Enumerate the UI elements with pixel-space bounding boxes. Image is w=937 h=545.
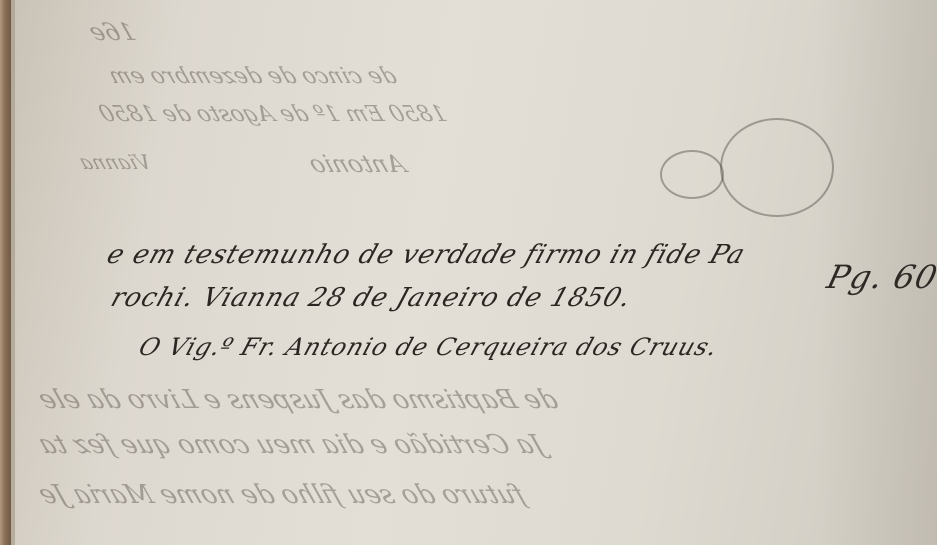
manuscript-page: 16e de cinco de dezembro em 1850 Em 1º d… bbox=[0, 0, 937, 545]
binding-shadow bbox=[11, 0, 15, 545]
manuscript-signature-line: O Vig.º Fr. Antonio de Cerqueira dos Cru… bbox=[135, 333, 722, 361]
bleed-text-top-0: 16e bbox=[85, 18, 140, 46]
bleed-flourish-small bbox=[660, 150, 724, 199]
bleed-text-top-4: Vianna bbox=[76, 150, 155, 174]
bleed-text-top-1: de cinco de dezembro em bbox=[105, 64, 400, 89]
manuscript-line-2: rochi. Vianna 28 de Janeiro de 1850. bbox=[107, 283, 635, 313]
margin-page-note: Pg. 600 bbox=[823, 258, 937, 296]
bleed-text-top-2: 1850 Em 1º de Agosto de 1850 bbox=[95, 102, 450, 127]
bleed-text-top-3: Antonio bbox=[305, 150, 410, 178]
bleed-text-bottom-2: futuro do seu filho de nome Maria Je bbox=[35, 480, 530, 510]
bleed-text-bottom-1: Ja Certidão e dia meu como que fez ta bbox=[35, 430, 549, 460]
bleed-text-bottom-0: de Baptismo das Juspens e Livro da ele bbox=[35, 385, 563, 415]
binding-edge bbox=[0, 0, 11, 545]
bleed-flourish bbox=[720, 118, 834, 217]
manuscript-line-1: e em testemunho de verdade firmo in fide… bbox=[103, 240, 749, 270]
